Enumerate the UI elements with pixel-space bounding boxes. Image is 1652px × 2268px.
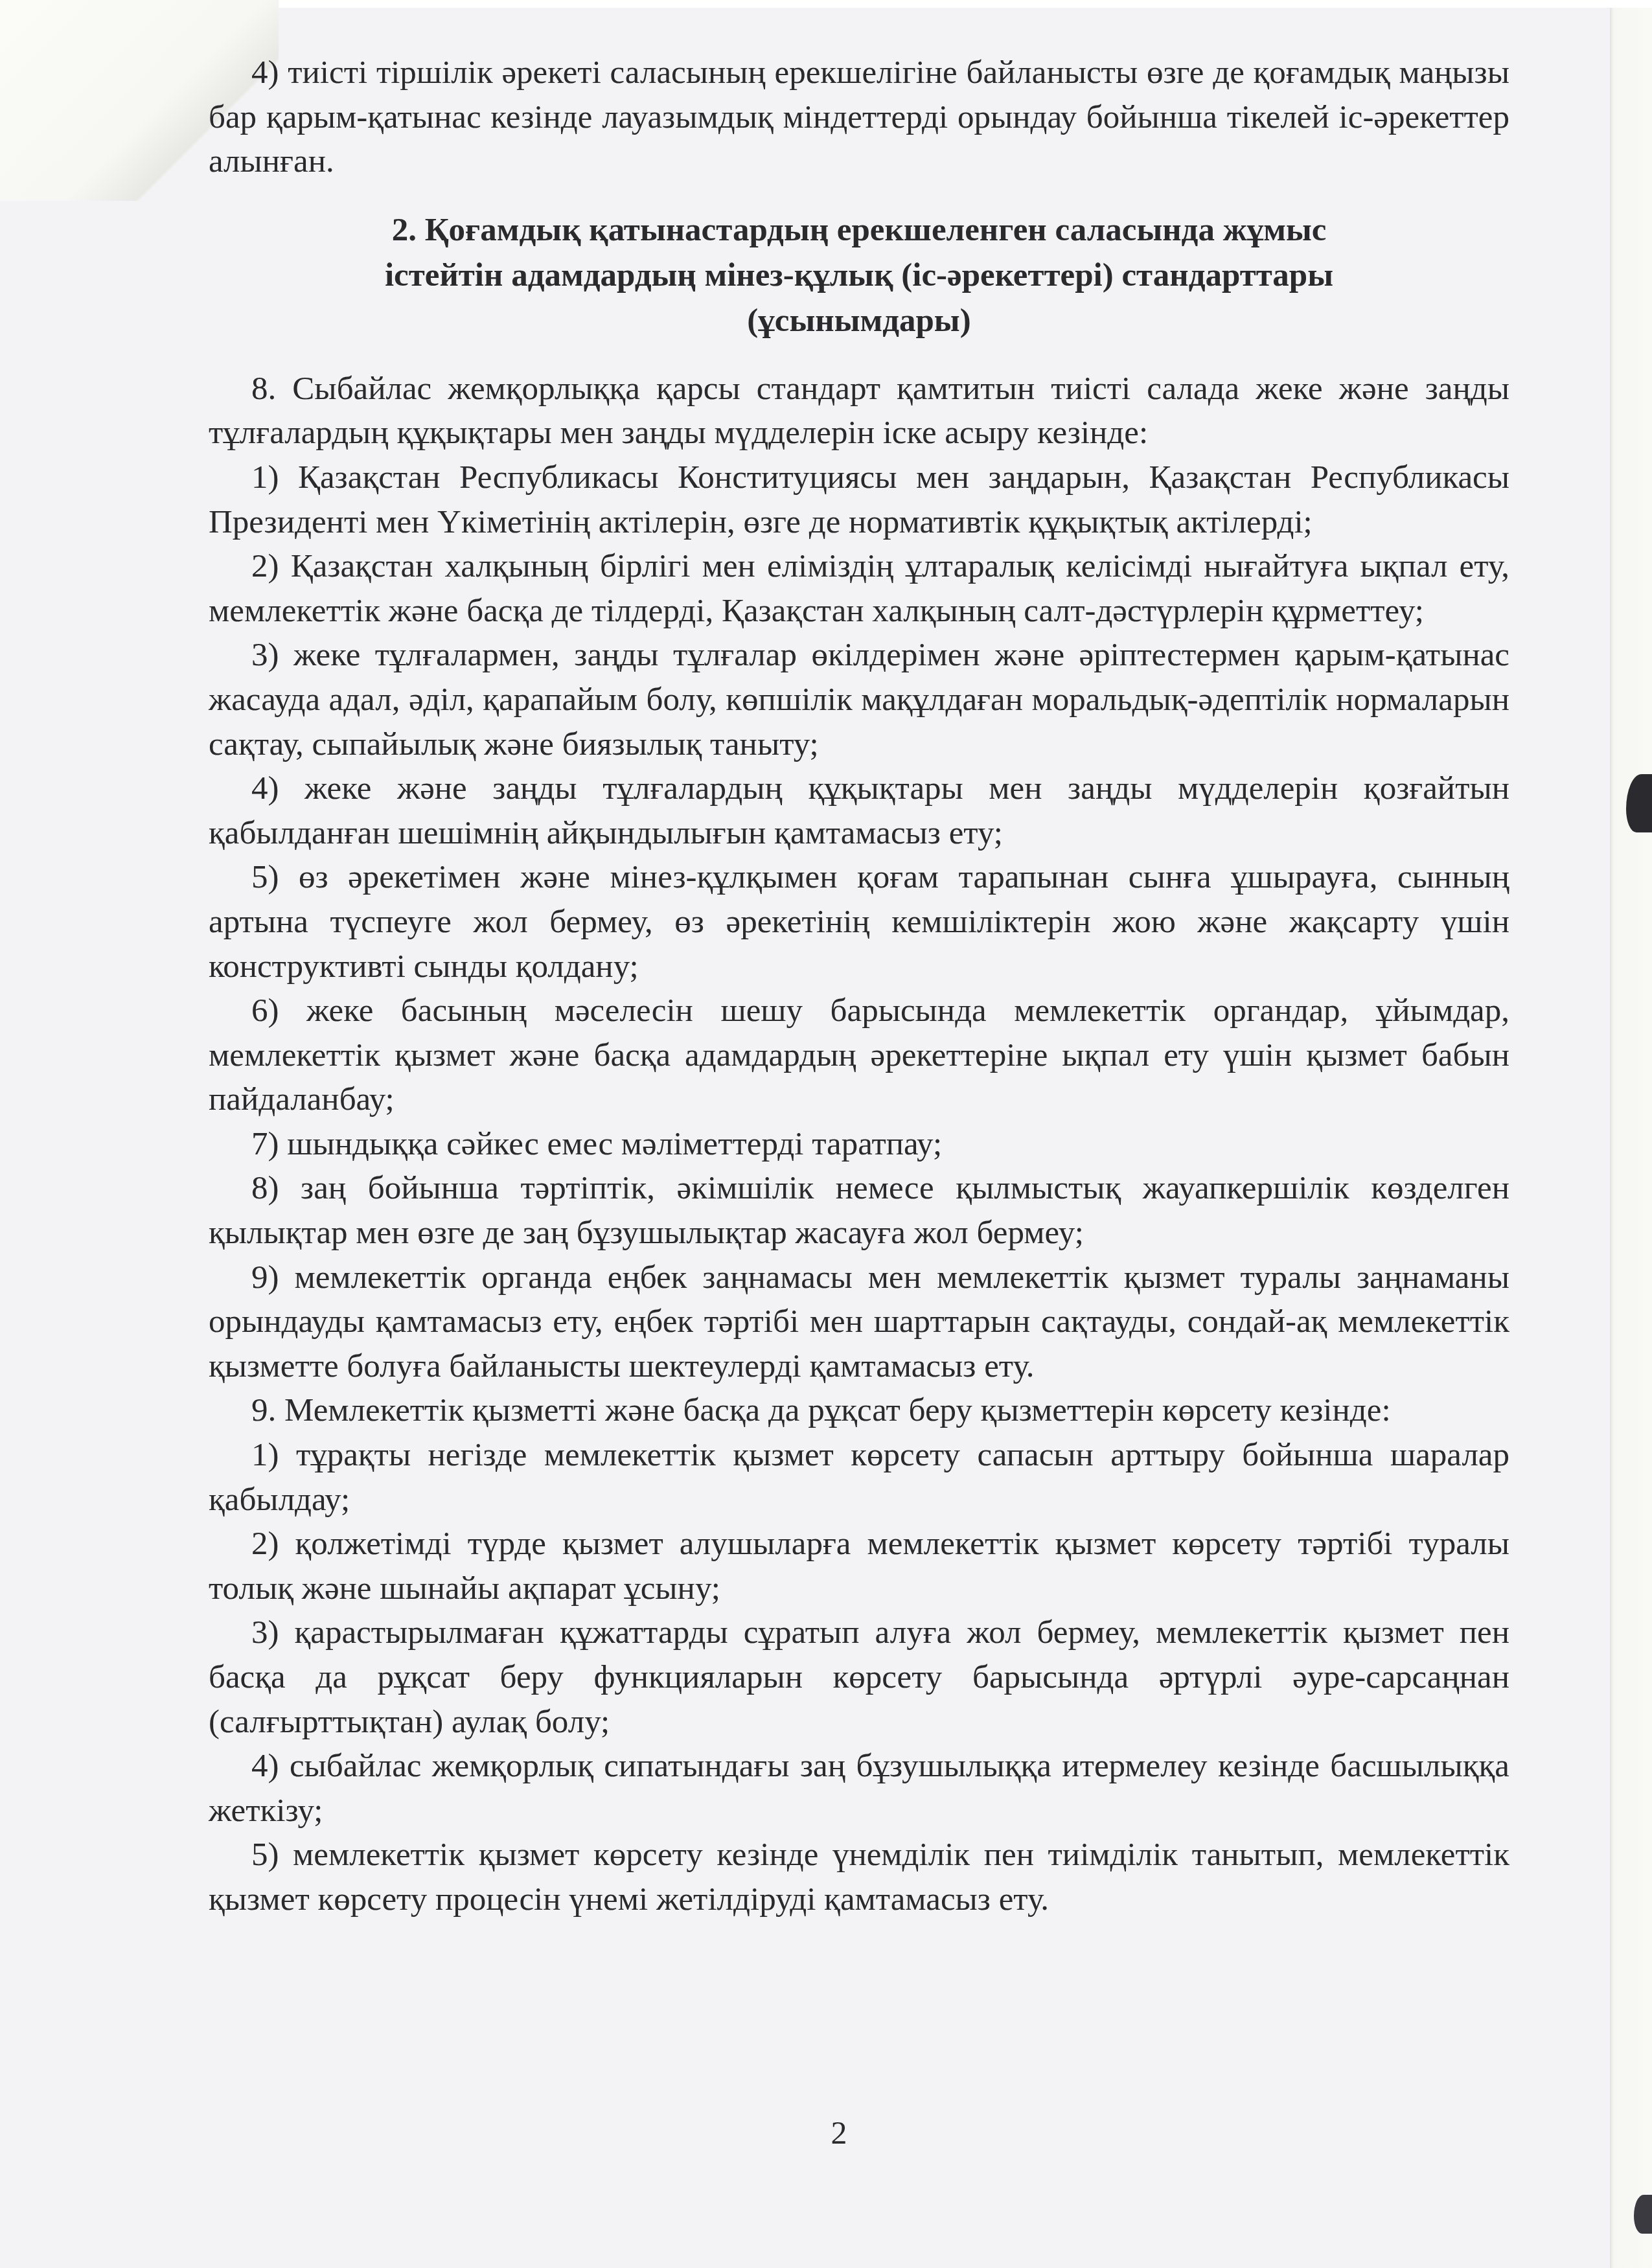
clause-8-item: 4) жеке және заңды тұлғалардың құқықтары… bbox=[209, 766, 1509, 855]
section-heading: 2. Қоғамдық қатынастардың ерекшеленген с… bbox=[209, 207, 1509, 343]
intro-item: 4) тиісті тіршілік әрекеті саласының ере… bbox=[209, 51, 1509, 184]
section-heading-line-1: 2. Қоғамдық қатынастардың ерекшеленген с… bbox=[299, 207, 1419, 253]
document-body: 4) тиісті тіршілік әрекеті саласының ере… bbox=[209, 51, 1509, 1922]
section-heading-line-3: (ұсынымдары) bbox=[299, 298, 1419, 343]
scan-artifact bbox=[1634, 2195, 1652, 2234]
clause-8-item: 8) заң бойынша тәртіптік, әкімшілік неме… bbox=[209, 1166, 1509, 1255]
clause-9-item: 2) қолжетімді түрде қызмет алушыларға ме… bbox=[209, 1522, 1509, 1610]
clause-9-item: 1) тұрақты негізде мемлекеттік қызмет кө… bbox=[209, 1433, 1509, 1522]
clause-8-item: 3) жеке тұлғалармен, заңды тұлғалар өкіл… bbox=[209, 633, 1509, 766]
clause-8-item: 1) Қазақстан Республикасы Конституциясы … bbox=[209, 455, 1509, 544]
clause-8-item: 9) мемлекеттік органда еңбек заңнамасы м… bbox=[209, 1255, 1509, 1389]
clause-9-item: 3) қарастырылмаған құжаттарды сұратып ал… bbox=[209, 1610, 1509, 1744]
clause-8-item: 2) Қазақстан халқының бірлігі мен еліміз… bbox=[209, 544, 1509, 633]
clause-8-item: 7) шындыққа сәйкес емес мәліметтерді тар… bbox=[209, 1122, 1509, 1167]
clause-9-intro: 9. Мемлекеттік қызметті және басқа да рұ… bbox=[209, 1388, 1509, 1433]
page-right-edge bbox=[1610, 8, 1652, 2268]
section-heading-line-2: істейтін адамдардың мінез-құлық (іс-әрек… bbox=[299, 253, 1419, 298]
clause-8-item: 6) жеке басының мәселесін шешу барысында… bbox=[209, 989, 1509, 1122]
clause-8-intro: 8. Сыбайлас жемқорлыққа қарсы стандарт қ… bbox=[209, 367, 1509, 455]
clause-9-item: 5) мемлекеттік қызмет көрсету кезінде үн… bbox=[209, 1833, 1509, 1921]
clause-8-item: 5) өз әрекетімен және мінез-құлқымен қоғ… bbox=[209, 855, 1509, 989]
clause-9-item: 4) сыбайлас жемқорлық сипатындағы заң бұ… bbox=[209, 1744, 1509, 1833]
page-number: 2 bbox=[810, 2113, 868, 2152]
